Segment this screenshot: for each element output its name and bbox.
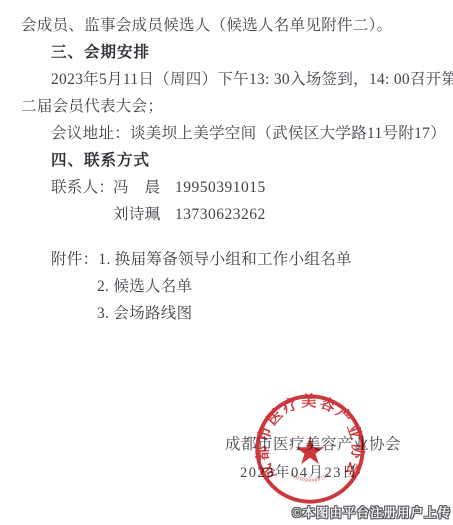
signature-org-name: 成都市医疗美容产业协会 (225, 432, 401, 454)
signature-date: 2023年04月23日 (240, 461, 358, 482)
document-text-body: 会成员、监事会成员候选人（候选人名单见附件二）。 三、会期安排 2023年5月1… (21, 12, 439, 327)
schedule-time-line-2: 二届会员代表大会； (21, 93, 439, 120)
watermark: ©本图由平台注册用户上传 (292, 503, 451, 521)
meeting-address-line: 会议地址：谈美坝上美学空间（武侯区大学路11号附17） (21, 120, 439, 147)
contact-phone-2: 13730623262 (175, 206, 266, 223)
attachments-label: 附件： (51, 246, 98, 273)
contact-section-heading: 四、联系方式 (21, 147, 439, 174)
attachment-item-2: 2. 候选人名单 (97, 278, 192, 295)
schedule-time-line-1: 2023年5月11日（周四）下午13: 30入场签到，14: 00召开第 (21, 66, 439, 93)
attachment-row-3: 3. 会场路线图 (21, 300, 439, 327)
attachment-row-2: 2. 候选人名单 (21, 273, 439, 300)
contact-label: 联系人： (51, 174, 113, 201)
attachment-item-3: 3. 会场路线图 (97, 305, 192, 322)
contact-name-2: 刘诗珮 (113, 201, 169, 228)
contact-phone-1: 19950391015 (175, 179, 266, 196)
contact-name-1: 冯 晨 (113, 174, 169, 201)
attachment-row-1: 附件：1. 换届筹备领导小组和工作小组名单 (21, 246, 439, 273)
attachment-item-1: 1. 换届筹备领导小组和工作小组名单 (98, 251, 351, 268)
contact-row-1: 联系人：冯 晨19950391015 (21, 174, 439, 201)
document-page: 会成员、监事会成员候选人（候选人名单见附件二）。 三、会期安排 2023年5月1… (0, 0, 453, 525)
overflow-line: 会成员、监事会成员候选人（候选人名单见附件二）。 (21, 12, 439, 39)
schedule-section-heading: 三、会期安排 (21, 39, 439, 66)
attachments-block: 附件：1. 换届筹备领导小组和工作小组名单 2. 候选人名单 3. 会场路线图 (21, 246, 439, 327)
contact-row-2: 刘诗珮13730623262 (21, 201, 439, 228)
